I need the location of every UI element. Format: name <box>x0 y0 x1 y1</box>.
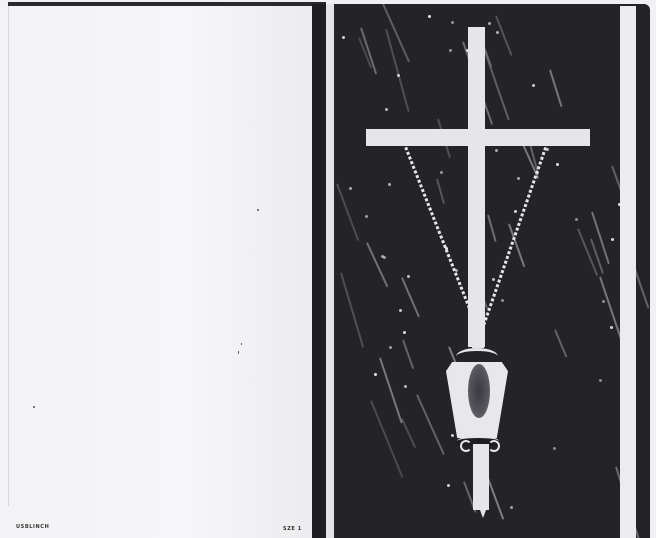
lantern-flame-icon <box>468 364 490 418</box>
lantern-tip <box>480 510 486 518</box>
chain-icon <box>0 0 656 538</box>
lantern-scroll-left <box>460 440 472 452</box>
lantern-stem <box>473 444 489 510</box>
lantern-hanger <box>472 320 484 348</box>
lantern-scroll-right <box>488 440 500 452</box>
scanned-card-spread: USBLINCH SZE 1 <box>0 0 656 538</box>
